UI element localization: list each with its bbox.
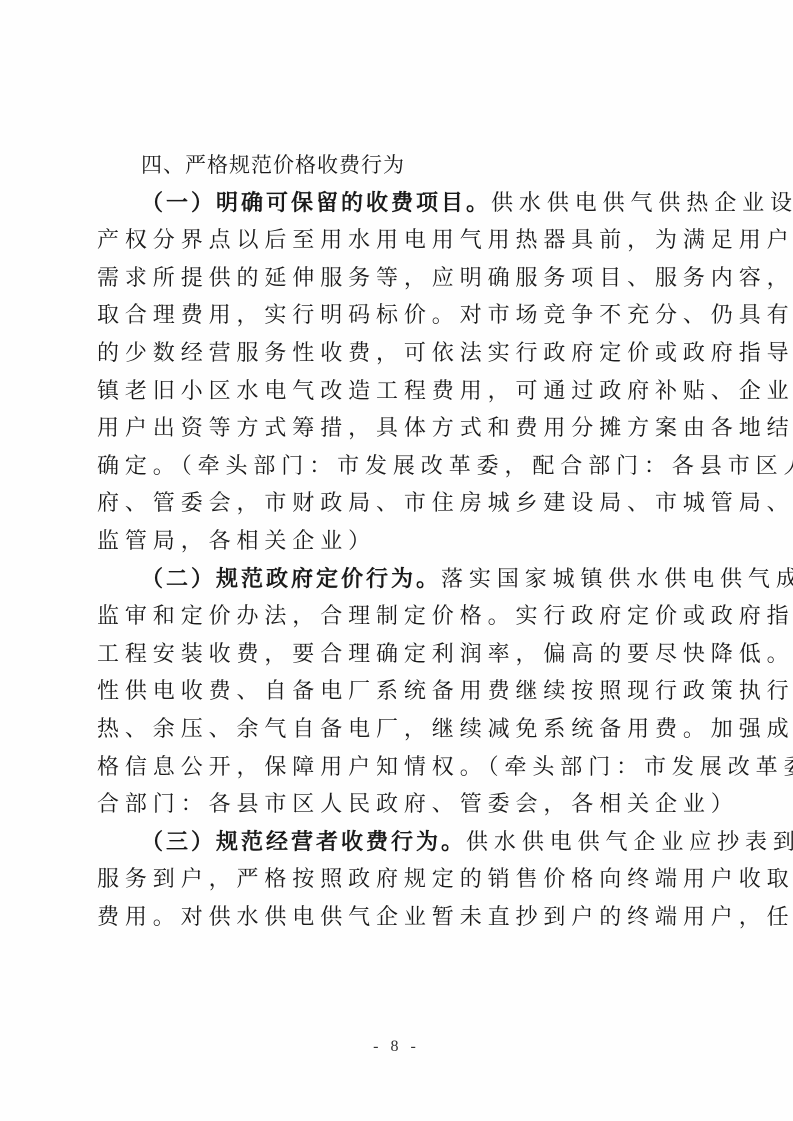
paragraph-line: 热、余压、余气自备电厂，继续减免系统备用费。加强成本和价 bbox=[97, 711, 697, 749]
paragraph-line: 的少数经营服务性收费，可依法实行政府定价或政府指导价。城 bbox=[97, 335, 697, 373]
paragraph-line: 镇老旧小区水电气改造工程费用，可通过政府补贴、企业自筹、 bbox=[97, 373, 697, 411]
paragraph-2-first-line: （二）规范政府定价行为。落实国家城镇供水供电供气成本 bbox=[97, 561, 697, 599]
body-text: 四、严格规范价格收费行为 （一）明确可保留的收费项目。供水供电供气供热企业设施 … bbox=[97, 147, 697, 936]
paragraph-2-title: （二）规范政府定价行为。 bbox=[141, 567, 441, 592]
paragraph-line: 需求所提供的延伸服务等，应明确服务项目、服务内容，允许收 bbox=[97, 260, 697, 298]
paragraph-line: 用户出资等方式筹措，具体方式和费用分摊方案由各地结合实际 bbox=[97, 410, 697, 448]
paragraph-line: 工程安装收费，要合理确定利润率，偏高的要尽快降低。高可靠 bbox=[97, 636, 697, 674]
paragraph-line: 服务到户，严格按照政府规定的销售价格向终端用户收取水电气 bbox=[97, 861, 697, 899]
paragraph-line: 取合理费用，实行明码标价。对市场竞争不充分、仍具有垄断性 bbox=[97, 297, 697, 335]
paragraph-3-first-line: （三）规范经营者收费行为。供水供电供气企业应抄表到户、 bbox=[97, 824, 697, 862]
paragraph-line: 性供电收费、自备电厂系统备用费继续按照现行政策执行，对余 bbox=[97, 673, 697, 711]
paragraph-line: 费用。对供水供电供气企业暂未直抄到户的终端用户，任何单位 bbox=[97, 899, 697, 937]
paragraph-line: 府、管委会，市财政局、市住房城乡建设局、市城管局、市市场 bbox=[97, 485, 697, 523]
paragraph-line: 产权分界点以后至用水用电用气用热器具前，为满足用户个性化 bbox=[97, 222, 697, 260]
paragraph-1-title: （一）明确可保留的收费项目。 bbox=[141, 191, 491, 216]
paragraph-line: 格信息公开，保障用户知情权。（牵头部门：市发展改革委，配 bbox=[97, 749, 697, 787]
paragraph-line: 监管局，各相关企业） bbox=[97, 523, 697, 561]
paragraph-3-title: （三）规范经营者收费行为。 bbox=[141, 830, 466, 855]
paragraph-line: 确定。（牵头部门：市发展改革委，配合部门：各县市区人民政 bbox=[97, 448, 697, 486]
page-number: - 8 - bbox=[0, 1038, 793, 1056]
paragraph-1-first-line: （一）明确可保留的收费项目。供水供电供气供热企业设施 bbox=[97, 185, 697, 223]
paragraph-line: 监审和定价办法，合理制定价格。实行政府定价或政府指导价的 bbox=[97, 598, 697, 636]
section-heading: 四、严格规范价格收费行为 bbox=[97, 147, 697, 185]
paragraph-line: 合部门：各县市区人民政府、管委会，各相关企业） bbox=[97, 786, 697, 824]
document-page: 四、严格规范价格收费行为 （一）明确可保留的收费项目。供水供电供气供热企业设施 … bbox=[0, 0, 793, 1121]
